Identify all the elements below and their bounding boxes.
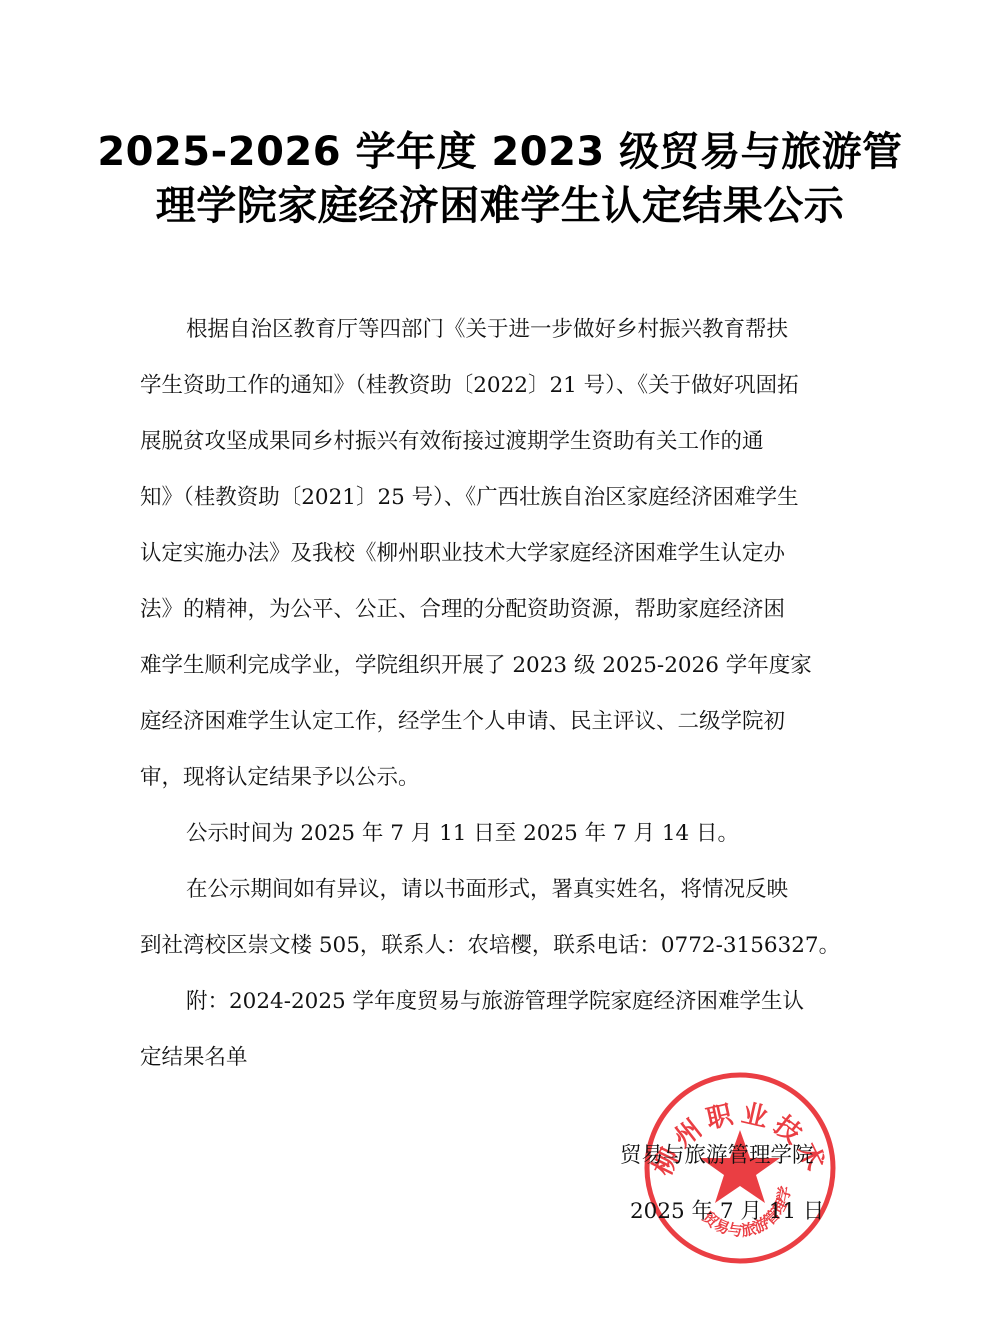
publicity-period: 公示时间为 2025 年 7 月 11 日至 2025 年 7 月 14 日。 — [140, 806, 865, 862]
body-line: 认定实施办法》及我校《柳州职业技术大学家庭经济困难学生认定办 — [140, 526, 865, 582]
body-line: 根据自治区教育厅等四部门《关于进一步做好乡村振兴教育帮扶 — [140, 302, 865, 358]
body-line: 学生资助工作的通知》（桂教资助〔2022〕21 号）、《关于做好巩固拓 — [140, 358, 865, 414]
document-body: 根据自治区教育厅等四部门《关于进一步做好乡村振兴教育帮扶 学生资助工作的通知》（… — [140, 302, 865, 1086]
signature-date: 2025 年 7 月 11 日 — [630, 1194, 824, 1225]
body-line: 展脱贫攻坚成果同乡村振兴有效衔接过渡期学生资助有关工作的通 — [140, 414, 865, 470]
body-line: 难学生顺利完成学业，学院组织开展了 2023 级 2025-2026 学年度家 — [140, 638, 865, 694]
body-line: 庭经济困难学生认定工作，经学生个人申请、民主评议、二级学院初 — [140, 694, 865, 750]
body-line: 审，现将认定结果予以公示。 — [140, 750, 865, 806]
body-line: 法》的精神，为公平、公正、合理的分配资助资源，帮助家庭经济困 — [140, 582, 865, 638]
contact-info: 到社湾校区崇文楼 505，联系人：农培樱，联系电话：0772-3156327。 — [140, 918, 865, 974]
attachment-note: 附：2024-2025 学年度贸易与旅游管理学院家庭经济困难学生认 — [140, 974, 865, 1030]
title-line-2: 理学院家庭经济困难学生认定结果公示 — [0, 178, 1000, 234]
body-line: 知》（桂教资助〔2021〕25 号）、《广西壮族自治区家庭经济困难学生 — [140, 470, 865, 526]
body-line: 在公示期间如有异议，请以书面形式，署真实姓名，将情况反映 — [140, 862, 865, 918]
title-line-1: 2025-2026 学年度 2023 级贸易与旅游管 — [0, 124, 1000, 180]
signature-org: 贸易与旅游管理学院 — [620, 1138, 814, 1169]
